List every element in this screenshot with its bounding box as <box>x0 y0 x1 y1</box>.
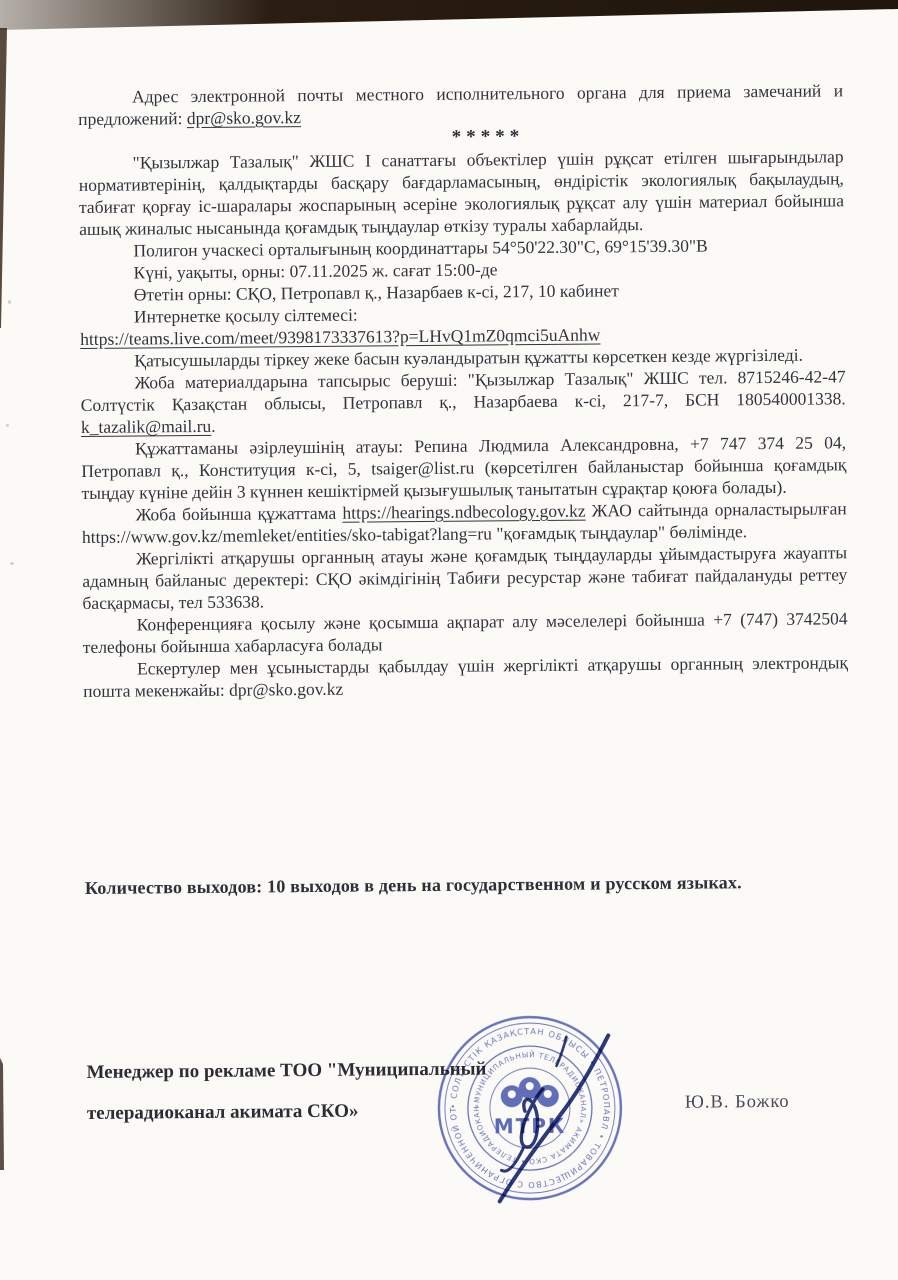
local-authority-paragraph: Жергілікті атқарушы органның атауы және … <box>82 541 848 614</box>
signature-role-line2: телерадиоканал акимата СКО» <box>87 1101 359 1125</box>
documentation-lead: Жоба бойынша құжаттама <box>136 503 343 525</box>
documentation-paragraph: Жоба бойынша құжаттама https://hearings.… <box>82 497 847 548</box>
intro-paragraph: Адрес электронной почты местного исполни… <box>78 79 843 130</box>
outputs-line: Количество выходов: 10 выходов в день на… <box>85 871 885 899</box>
signature-name: Ю.В. Божко <box>685 1092 790 1114</box>
hearings-link: https://hearings.ndbecology.gov.kz <box>342 501 585 523</box>
document-body: Адрес электронной почты местного исполни… <box>78 79 848 702</box>
customer-paragraph: Жоба материалдарына тапсырыс беруші: "Қы… <box>80 365 846 438</box>
announcement-paragraph: "Қызылжар Тазалық" ЖШС I санаттағы объек… <box>79 145 845 240</box>
conference-paragraph: Конференцияға қосылу және қосымша ақпара… <box>83 607 848 658</box>
page-left-edge-shadow-bottom <box>0 1058 5 1170</box>
customer-tail: . <box>211 416 216 436</box>
customer-text: Жоба материалдарына тапсырыс беруші: "Қы… <box>81 366 846 415</box>
remarks-paragraph: Ескертулер мен ұсыныстарды қабылдау үшін… <box>83 651 848 702</box>
document-page: Адрес электронной почты местного исполни… <box>0 0 898 1280</box>
customer-email: k_tazalik@mail.ru <box>81 416 211 437</box>
intro-email: dpr@sko.gov.kz <box>187 107 301 128</box>
developer-paragraph: Құжаттаманы әзірлеушінің атауы: Репина Л… <box>81 431 847 504</box>
handwritten-signature <box>414 992 646 1224</box>
